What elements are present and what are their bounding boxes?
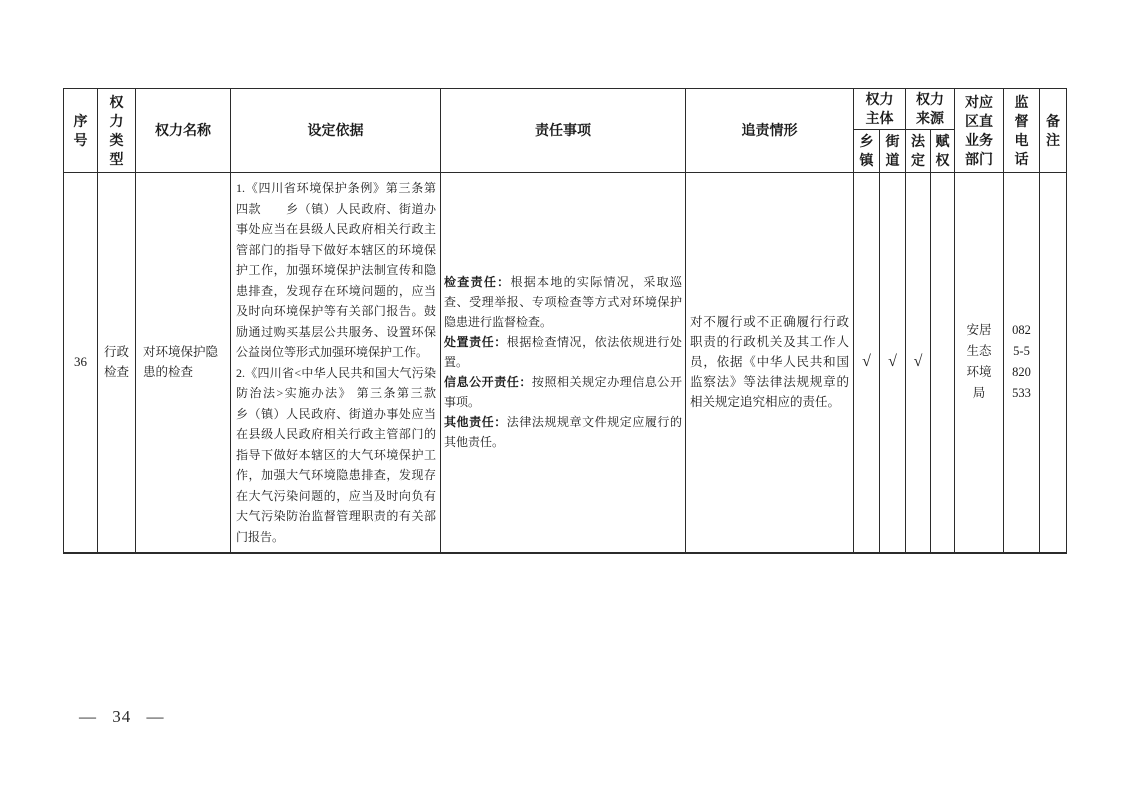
duty-item-inspection: 检查责任：根据本地的实际情况，采取巡查、受理举报、专项检查等方式对环境保护隐患进… [444, 272, 682, 332]
header-delegated: 赋 权 [931, 130, 955, 173]
header-street: 街 道 [880, 130, 906, 173]
header-power-source-group: 权力 来源 [906, 89, 955, 130]
document-page: 序 号 权 力 类 型 权力名称 设定依据 责任事项 追责情形 权力 主体 权力… [0, 0, 1122, 793]
table-row: 36 行政 检查 对环境保护隐患的检查 1.《四川省环境保护条例》第三条第四款 … [64, 173, 1067, 553]
duty-label: 处置责任： [444, 335, 507, 349]
basis-item-1: 1.《四川省环境保护条例》第三条第四款 乡（镇）人民政府、街道办事处应当在县级人… [236, 178, 436, 363]
header-duties: 责任事项 [441, 89, 686, 173]
cell-township-checkmark: √ [854, 173, 880, 553]
cell-setting-basis: 1.《四川省环境保护条例》第三条第四款 乡（镇）人民政府、街道办事处应当在县级人… [231, 173, 441, 553]
cell-supervision-phone: 082 5-5 820 533 [1004, 173, 1040, 553]
header-power-name: 权力名称 [136, 89, 231, 173]
cell-department: 安居 生态 环境 局 [955, 173, 1004, 553]
header-township: 乡 镇 [854, 130, 880, 173]
header-supervision-phone: 监 督 电 话 [1004, 89, 1040, 173]
duty-item-other: 其他责任：法律法规规章文件规定应履行的其他责任。 [444, 412, 682, 452]
duty-label: 信息公开责任： [444, 375, 532, 389]
header-statutory: 法 定 [906, 130, 931, 173]
duty-item-disposal: 处置责任：根据检查情况，依法依规进行处置。 [444, 332, 682, 372]
cell-remarks [1040, 173, 1067, 553]
header-power-subject-group: 权力 主体 [854, 89, 906, 130]
page-number: — 34 — [79, 707, 165, 727]
cell-duty-items: 检查责任：根据本地的实际情况，采取巡查、受理举报、专项检查等方式对环境保护隐患进… [441, 173, 686, 553]
cell-statutory-checkmark: √ [906, 173, 931, 553]
power-list-table: 序 号 权 力 类 型 权力名称 设定依据 责任事项 追责情形 权力 主体 权力… [63, 88, 1067, 554]
basis-item-2: 2.《四川省<中华人民共和国大气污染防治法>实施办法》 第三条第三款 乡（镇）人… [236, 363, 436, 548]
header-remarks: 备 注 [1040, 89, 1067, 173]
cell-street-checkmark: √ [880, 173, 906, 553]
header-basis: 设定依据 [231, 89, 441, 173]
duty-item-disclosure: 信息公开责任：按照相关规定办理信息公开事项。 [444, 372, 682, 412]
header-serial: 序 号 [64, 89, 98, 173]
duty-label: 检查责任： [444, 275, 510, 289]
cell-power-name: 对环境保护隐患的检查 [136, 173, 231, 553]
header-department: 对应 区直 业务 部门 [955, 89, 1004, 173]
duty-label: 其他责任： [444, 415, 507, 429]
cell-accountability: 对不履行或不正确履行行政职责的行政机关及其工作人员，依据《中华人民共和国监察法》… [686, 173, 854, 553]
header-accountability: 追责情形 [686, 89, 854, 173]
cell-delegated-checkmark [931, 173, 955, 553]
cell-power-type: 行政 检查 [98, 173, 136, 553]
cell-serial-number: 36 [64, 173, 98, 553]
header-power-type: 权 力 类 型 [98, 89, 136, 173]
